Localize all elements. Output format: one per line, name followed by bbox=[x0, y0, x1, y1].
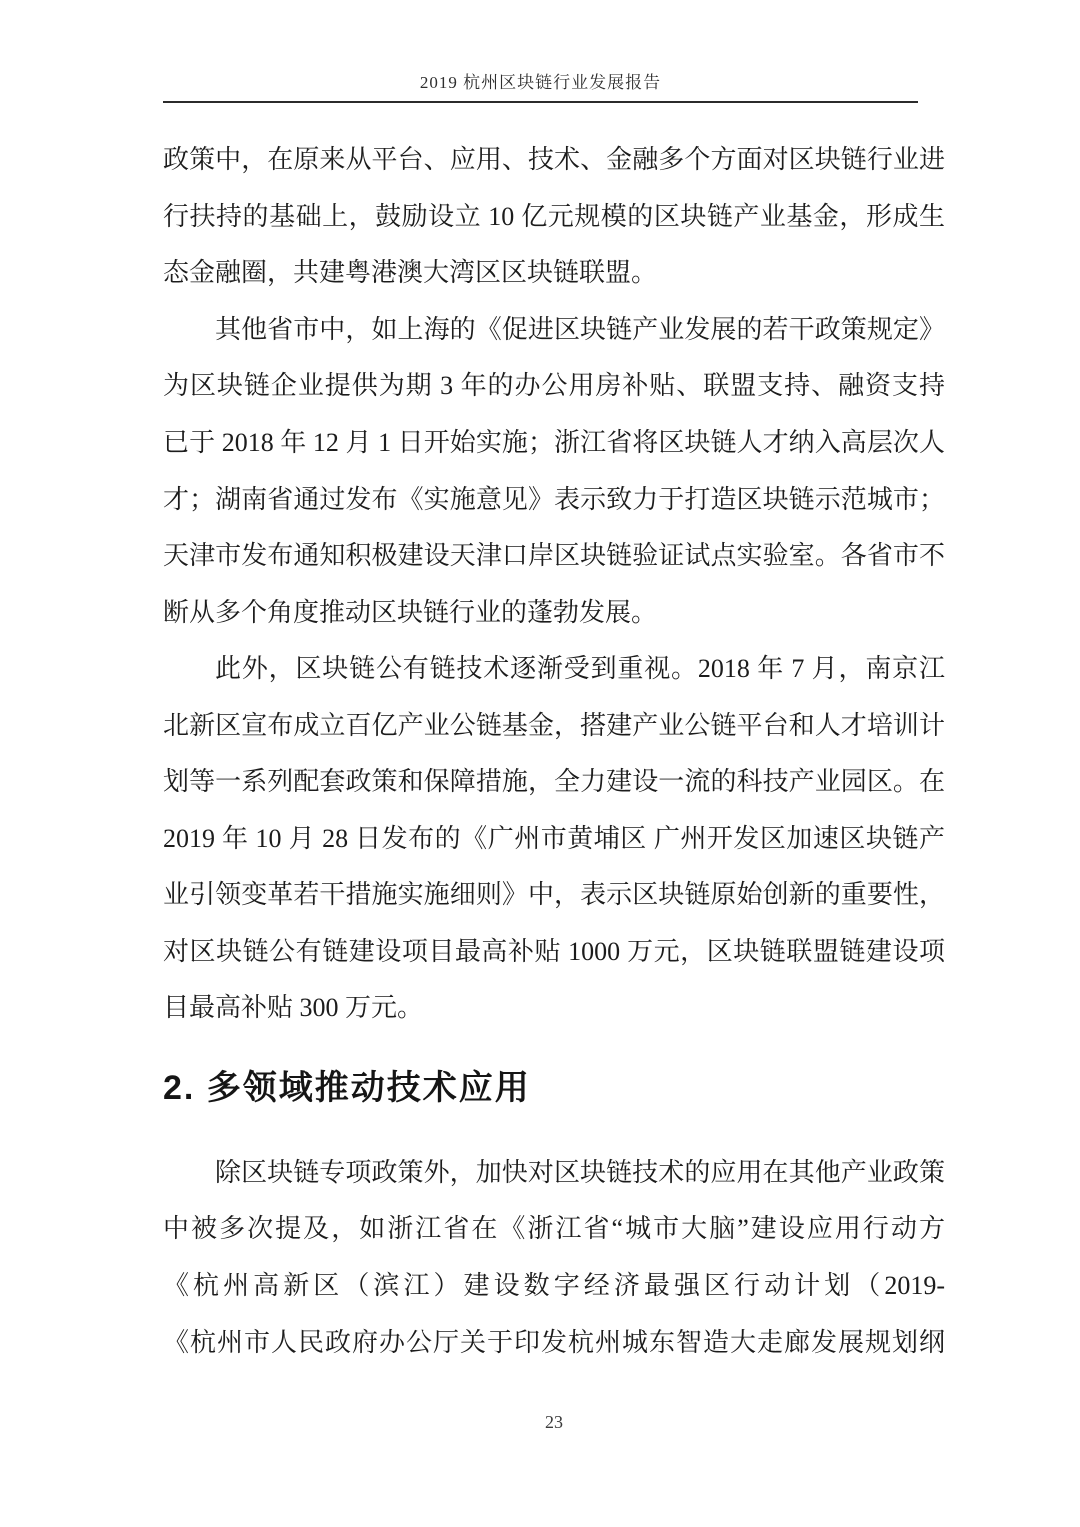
text-line: 《杭州市人民政府办公厅关于印发杭州城东智造大走廊发展规划纲 bbox=[163, 1315, 945, 1372]
text-line: 此外，区块链公有链技术逐渐受到重视。2018 年 7 月，南京江 bbox=[163, 641, 945, 698]
text-line: 已于 2018 年 12 月 1 日开始实施；浙江省将区块链人才纳入高层次人 bbox=[163, 415, 945, 472]
text-line: 为区块链企业提供为期 3 年的办公用房补贴、联盟支持、融资支持等， bbox=[163, 358, 945, 415]
text-line: 《杭州高新区（滨江）建设数字经济最强区行动计划（2019-2021）》、 bbox=[163, 1258, 945, 1315]
text-line: 行扶持的基础上，鼓励设立 10 亿元规模的区块链产业基金，形成生 bbox=[163, 189, 945, 246]
text-line: 划等一系列配套政策和保障措施，全力建设一流的科技产业园区。在 bbox=[163, 754, 945, 811]
page-body: 政策中，在原来从平台、应用、技术、金融多个方面对区块链行业进行扶持的基础上，鼓励… bbox=[163, 132, 945, 1372]
text-line: 才；湖南省通过发布《实施意见》表示致力于打造区块链示范城市； bbox=[163, 472, 945, 529]
section-heading: 2. 多领域推动技术应用 bbox=[163, 1058, 945, 1118]
text-line: 断从多个角度推动区块链行业的蓬勃发展。 bbox=[163, 585, 945, 642]
text-line: 目最高补贴 300 万元。 bbox=[163, 980, 945, 1037]
text-line: 中被多次提及，如浙江省在《浙江省“城市大脑”建设应用行动方案》、 bbox=[163, 1201, 945, 1258]
report-page: 2019 杭州区块链行业发展报告 政策中，在原来从平台、应用、技术、金融多个方面… bbox=[0, 0, 1080, 1527]
running-header: 2019 杭州区块链行业发展报告 bbox=[163, 71, 918, 103]
text-line: 态金融圈，共建粤港澳大湾区区块链联盟。 bbox=[163, 245, 945, 302]
page-number: 23 bbox=[163, 1412, 945, 1432]
text-line: 其他省市中，如上海的《促进区块链产业发展的若干政策规定》 bbox=[163, 302, 945, 359]
text-line: 除区块链专项政策外，加快对区块链技术的应用在其他产业政策 bbox=[163, 1145, 945, 1202]
text-line: 对区块链公有链建设项目最高补贴 1000 万元，区块链联盟链建设项 bbox=[163, 924, 945, 981]
paragraph-block-after-heading: 除区块链专项政策外，加快对区块链技术的应用在其他产业政策中被多次提及，如浙江省在… bbox=[163, 1145, 945, 1372]
paragraph-block-before-heading: 政策中，在原来从平台、应用、技术、金融多个方面对区块链行业进行扶持的基础上，鼓励… bbox=[163, 132, 945, 1037]
text-line: 2019 年 10 月 28 日发布的《广州市黄埔区 广州开发区加速区块链产 bbox=[163, 811, 945, 868]
text-line: 北新区宣布成立百亿产业公链基金，搭建产业公链平台和人才培训计 bbox=[163, 698, 945, 755]
running-header-title: 2019 杭州区块链行业发展报告 bbox=[420, 73, 661, 92]
text-line: 政策中，在原来从平台、应用、技术、金融多个方面对区块链行业进 bbox=[163, 132, 945, 189]
text-line: 天津市发布通知积极建设天津口岸区块链验证试点实验室。各省市不 bbox=[163, 528, 945, 585]
text-line: 业引领变革若干措施实施细则》中，表示区块链原始创新的重要性， bbox=[163, 867, 945, 924]
